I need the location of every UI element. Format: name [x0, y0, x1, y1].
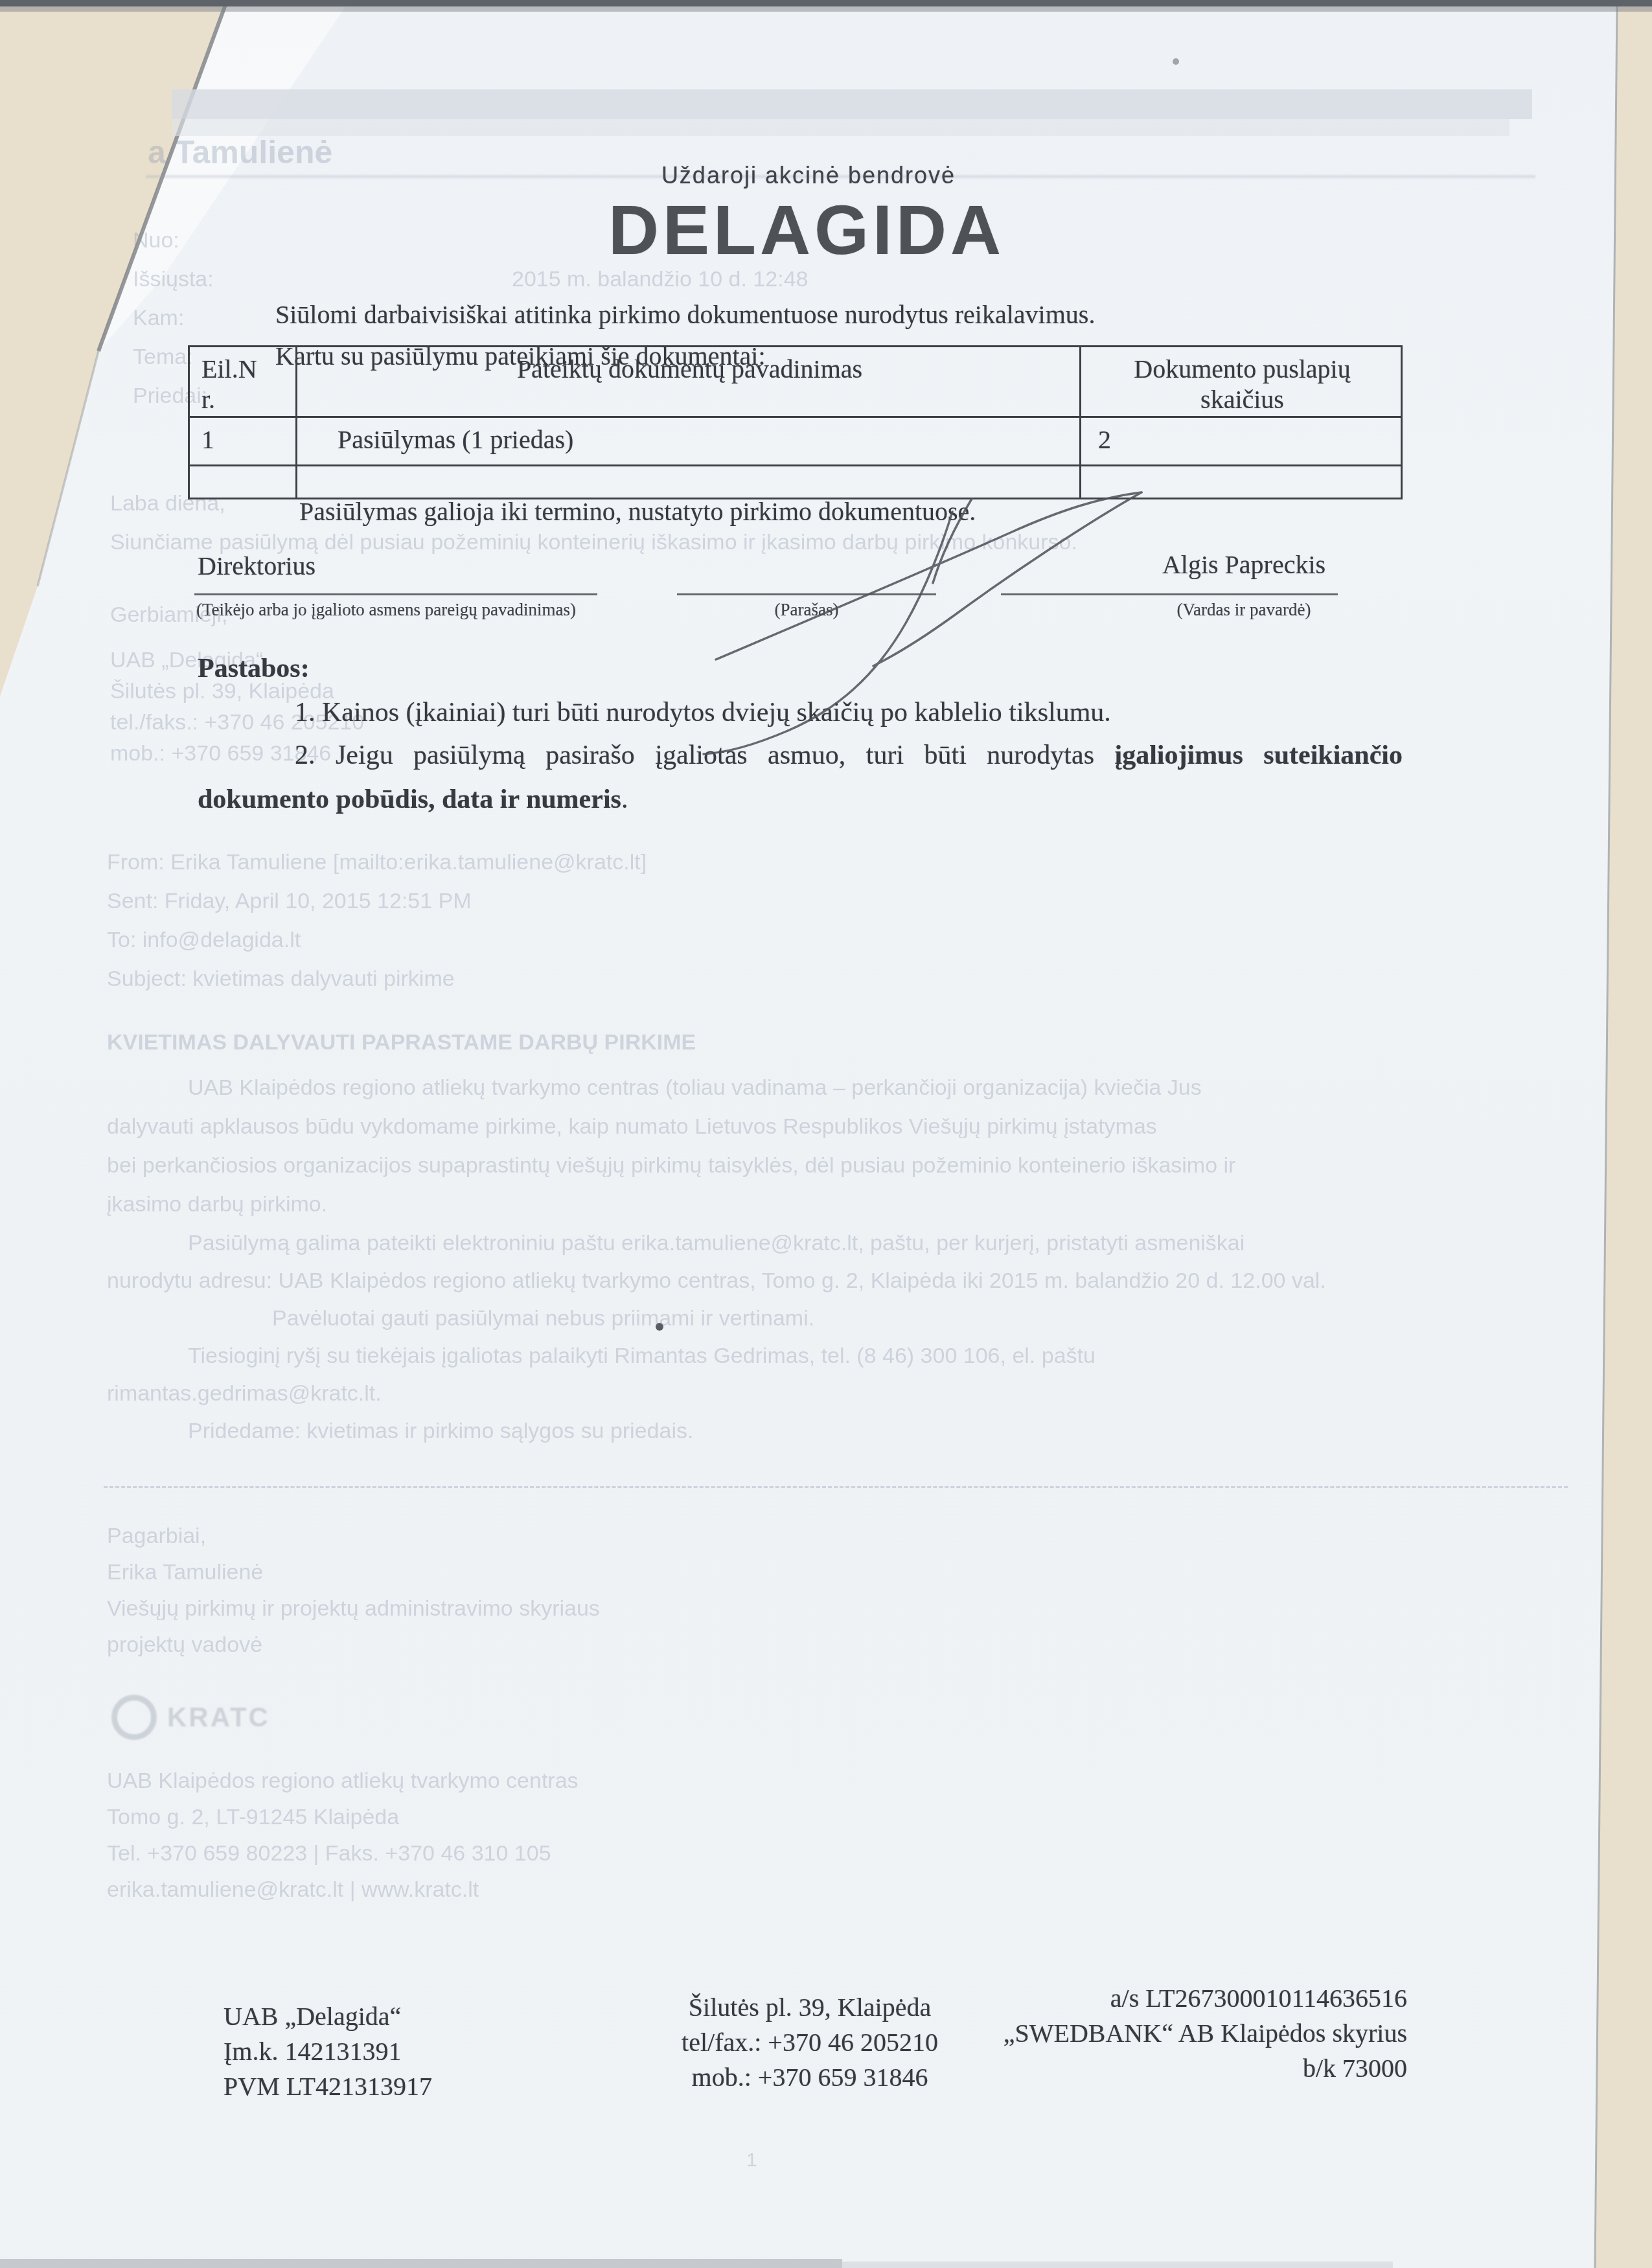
scanner-top-edge-soft: [0, 6, 1652, 12]
scanner-top-edge: [0, 0, 1652, 6]
handwritten-signature: [0, 0, 1652, 2268]
